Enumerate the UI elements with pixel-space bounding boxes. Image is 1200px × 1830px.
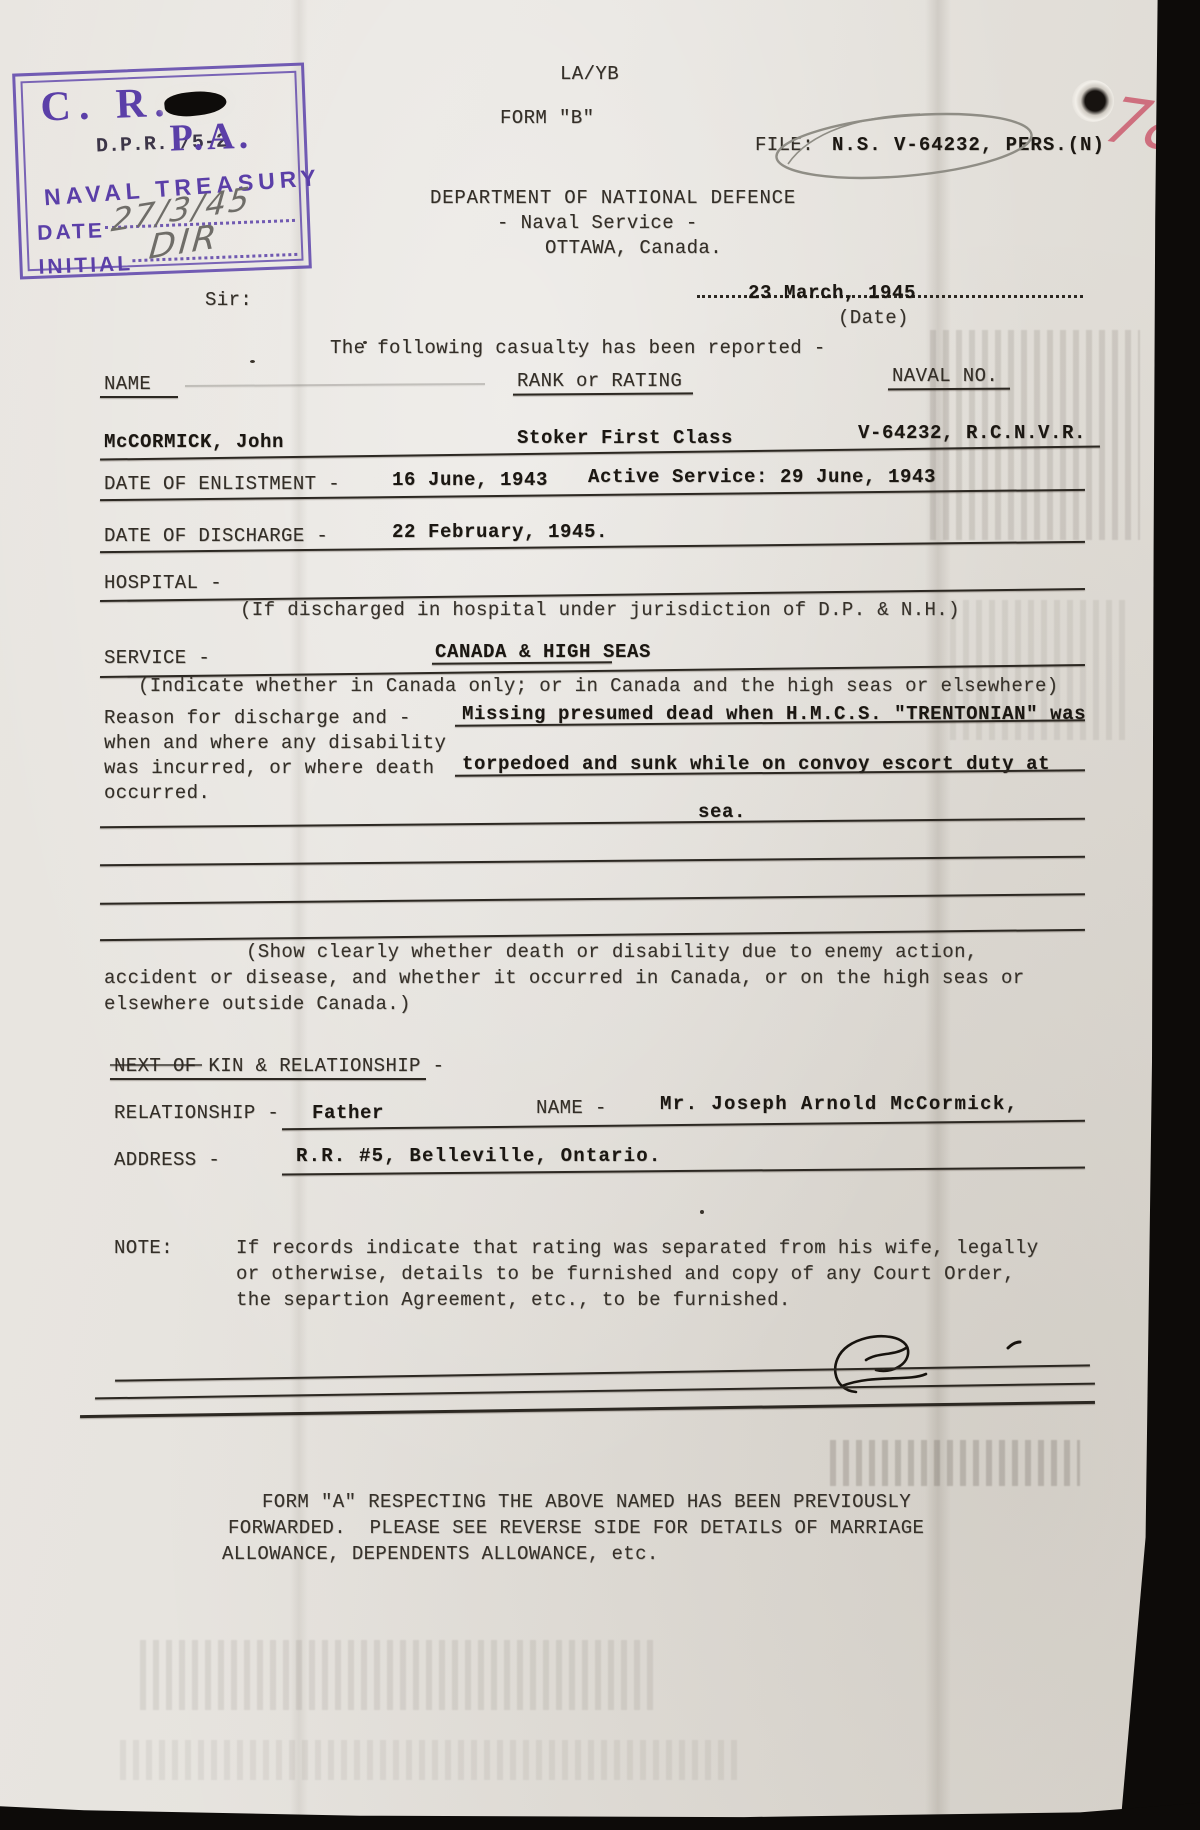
stamp-pa-text: P.A. [169, 114, 253, 161]
nok-name-value: Mr. Joseph Arnold McCormick, [660, 1092, 1018, 1116]
casualty-rank: Stoker First Class [517, 426, 733, 450]
discharge-value: 22 February, 1945. [392, 520, 608, 544]
name-header: NAME [104, 372, 151, 396]
note-line: or otherwise, details to be furnished an… [236, 1262, 1015, 1286]
bleed-through-mark [140, 1640, 660, 1710]
relationship-label: RELATIONSHIP - [114, 1101, 279, 1125]
ruled-line [432, 661, 612, 665]
address-value: R.R. #5, Belleville, Ontario. [296, 1144, 661, 1168]
relationship-value: Father [312, 1101, 384, 1125]
enlistment-label: DATE OF ENLISTMENT - [104, 472, 340, 496]
date-caption: (Date) [838, 306, 909, 330]
reason-caption-line: accident or disease, and whether it occu… [104, 966, 1025, 990]
ruled-line [282, 1120, 1085, 1130]
bleed-through-mark [830, 1440, 1080, 1486]
form-code: LA/YB [560, 62, 619, 86]
note-line: If records indicate that rating was sepa… [236, 1236, 1039, 1260]
reason-caption-line: elsewhere outside Canada.) [104, 992, 411, 1016]
ruled-line [100, 396, 178, 398]
ruled-line [513, 392, 693, 395]
nok-name-label: NAME - [536, 1096, 607, 1120]
rank-header: RANK or RATING [517, 369, 682, 393]
hospital-label: HOSPITAL - [104, 571, 222, 595]
active-service-value: Active Service: 29 June, 1943 [588, 465, 936, 489]
reason-label-line: Reason for discharge and - [104, 706, 411, 730]
city-line: OTTAWA, Canada. [545, 236, 722, 260]
naval-no-header: NAVAL NO. [892, 364, 998, 388]
stamp-cr-text: C. R. [40, 79, 174, 132]
paper-crease [925, 0, 951, 1830]
scanned-document-page: C. R. D.P.R. /5-2 P.A. NAVAL TREASURY DA… [0, 0, 1200, 1830]
hospital-caption: (If discharged in hospital under jurisdi… [240, 598, 960, 622]
department-line: DEPARTMENT OF NATIONAL DEFENCE [430, 186, 796, 210]
intro-line: The following casualty has been reported… [330, 336, 826, 360]
note-line: the separtion Agreement, etc., to be fur… [236, 1288, 791, 1312]
stamp-date-label: DATE [37, 219, 105, 246]
pencil-circle-annotation [770, 104, 1038, 188]
ruled-line [185, 383, 485, 387]
reason-label-line: was incurred, or where death [104, 756, 434, 780]
footer-line: ALLOWANCE, DEPENDENTS ALLOWANCE, etc. [222, 1542, 659, 1566]
reason-label-line: when and where any disability [104, 731, 446, 755]
service-caption: (Indicate whether in Canada only; or in … [138, 674, 1059, 698]
report-date: 23 March, 1945 [748, 281, 916, 305]
paper-speck [250, 360, 255, 363]
footer-line: FORWARDED. PLEASE SEE REVERSE SIDE FOR D… [228, 1516, 924, 1540]
footer-line: FORM "A" RESPECTING THE ABOVE NAMED HAS … [262, 1490, 911, 1514]
casualty-naval-no: V-64232, R.C.N.V.R. [858, 421, 1086, 445]
salutation: Sir: [205, 288, 252, 312]
service-label: SERVICE - [104, 646, 210, 670]
naval-service-line: - Naval Service - [497, 211, 698, 235]
next-of-kin-section-label: NEXT OF KIN & RELATIONSHIP - [114, 1054, 444, 1078]
note-label: NOTE: [114, 1236, 173, 1260]
naval-treasury-stamp: C. R. D.P.R. /5-2 P.A. NAVAL TREASURY DA… [12, 62, 312, 279]
punch-hole [1072, 80, 1114, 122]
reason-caption-line: (Show clearly whether death or disabilit… [246, 940, 978, 964]
casualty-name: McCORMICK, John [104, 430, 284, 454]
paper-speck [700, 1210, 704, 1214]
address-label: ADDRESS - [114, 1148, 220, 1172]
service-value: CANADA & HIGH SEAS [435, 640, 651, 664]
form-title: FORM "B" [500, 106, 594, 130]
enlistment-value: 16 June, 1943 [392, 468, 548, 492]
stamp-initial-label: INITIAL [38, 252, 133, 280]
ruled-line [110, 1078, 426, 1080]
bleed-through-mark [120, 1740, 740, 1780]
scan-edge-bottom [0, 1796, 1200, 1830]
reason-label-line: occurred. [104, 781, 210, 805]
discharge-label: DATE OF DISCHARGE - [104, 524, 328, 548]
scan-edge-right [1120, 0, 1200, 1830]
strike-line [110, 1064, 202, 1066]
